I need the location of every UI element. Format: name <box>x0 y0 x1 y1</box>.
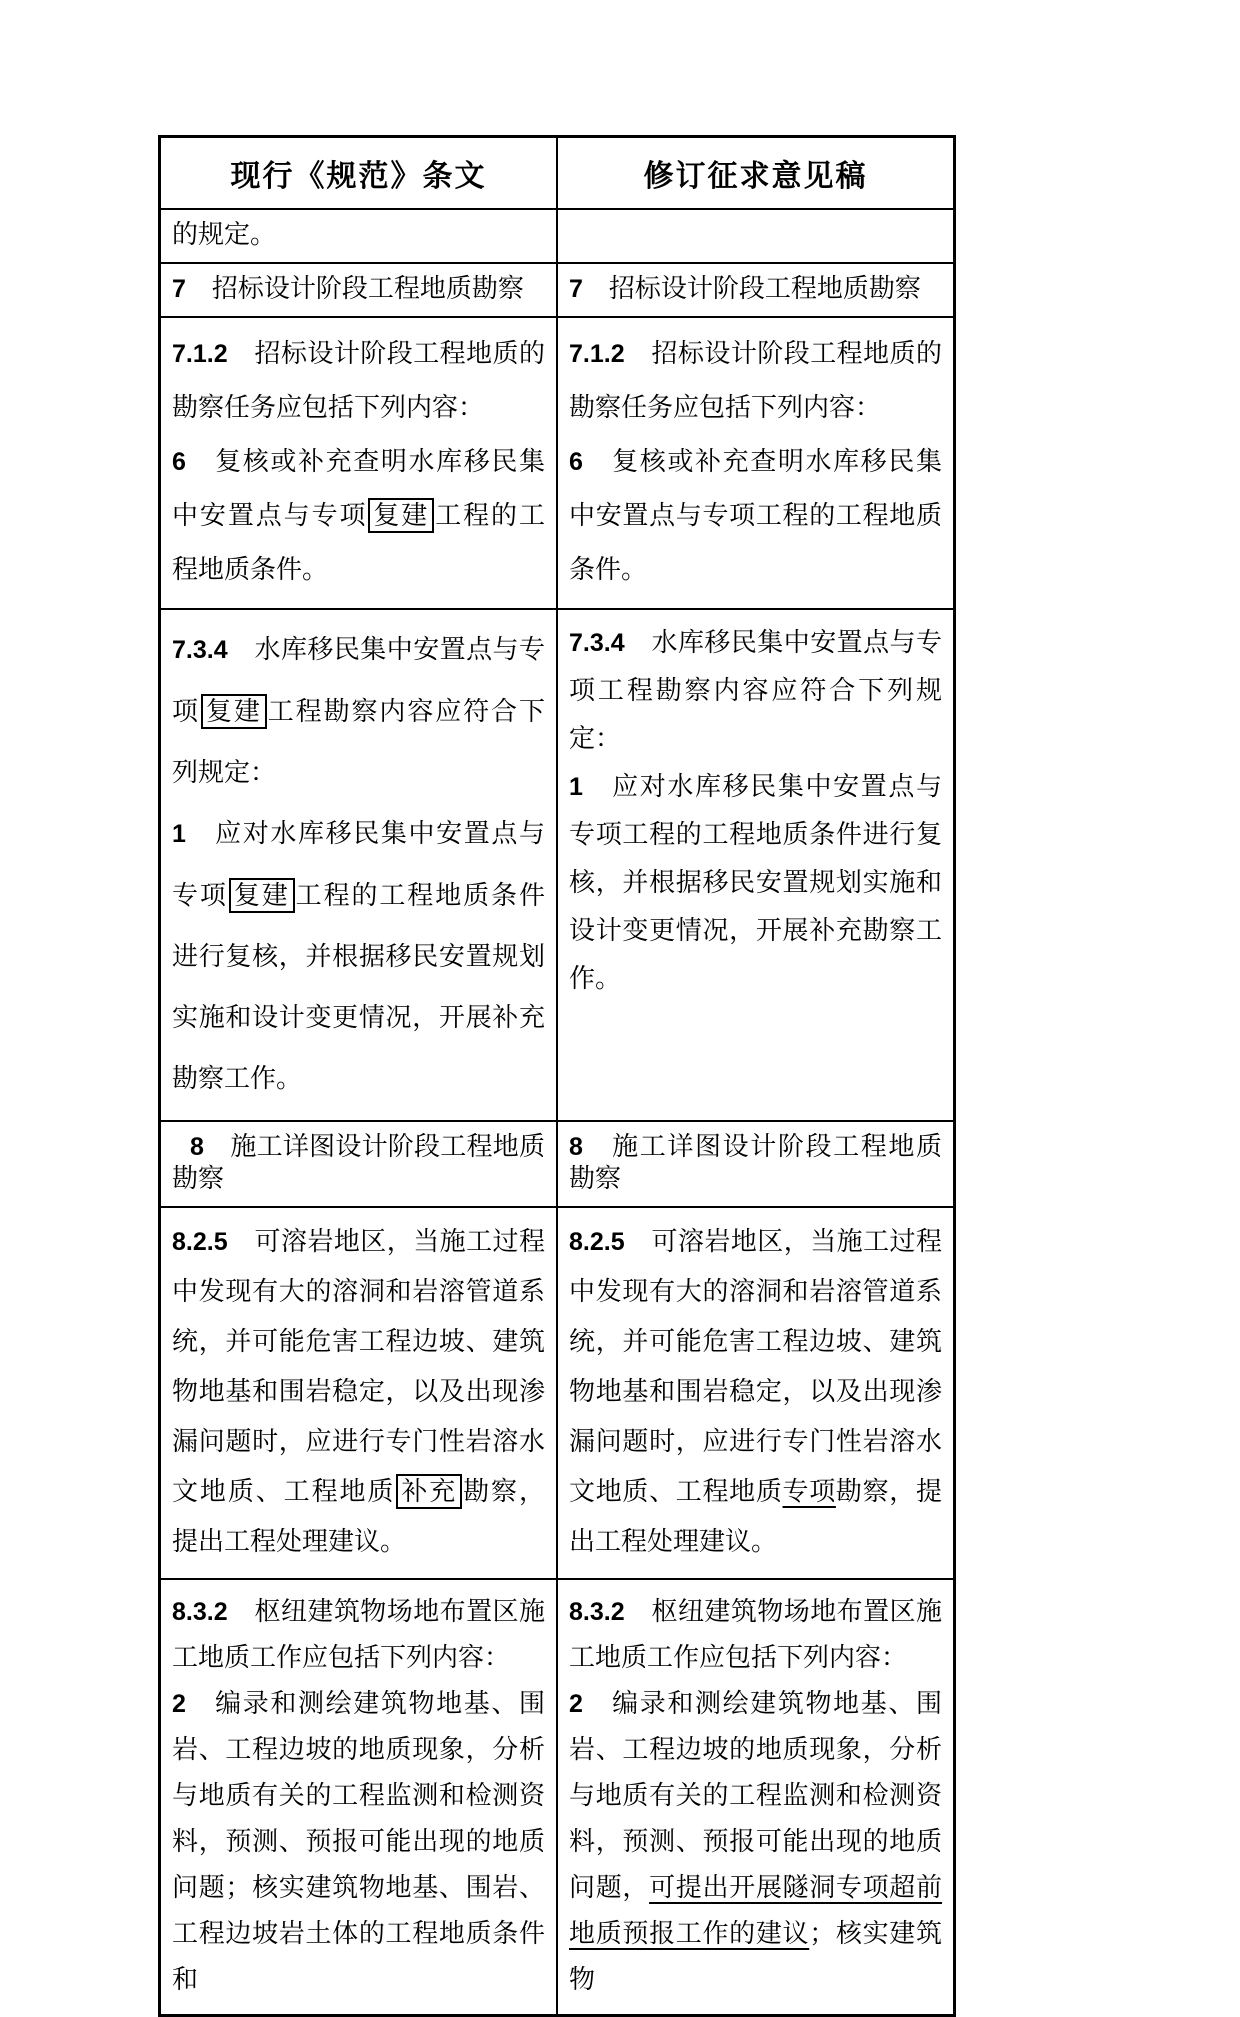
table-row: 7 招标设计阶段工程地质勘察7 招标设计阶段工程地质勘察 <box>160 263 955 317</box>
clause-number: 8 <box>190 1133 204 1161</box>
text-segment: 施工详图设计阶段工程地质勘察 <box>569 1132 942 1193</box>
clause-number: 8.2.5 <box>172 1228 228 1256</box>
header-row: 现行《规范》条文 修订征求意见稿 <box>160 137 955 210</box>
cell-revised: 7.3.4 水库移民集中安置点与专项工程勘察内容应符合下列规定：1 应对水库移民… <box>557 609 955 1121</box>
comparison-table: 现行《规范》条文 修订征求意见稿 的规定。7 招标设计阶段工程地质勘察7 招标设… <box>158 135 956 2017</box>
underlined-added-text: 专项 <box>783 1477 836 1506</box>
text-segment: 编录和测绘建筑物地基、围岩、工程边坡的地质现象，分析与地质有关的工程监测和检测资… <box>569 1689 942 1902</box>
clause-number: 8.3.2 <box>172 1598 228 1626</box>
clause-number: 1 <box>172 820 186 848</box>
cell-current: 7.3.4 水库移民集中安置点与专项复建工程勘察内容应符合下列规定：1 应对水库… <box>160 609 558 1121</box>
paragraph: 7.1.2 招标设计阶段工程地质的勘察任务应包括下列内容： <box>569 327 942 435</box>
table-row: 8.2.5 可溶岩地区，当施工过程中发现有大的溶洞和岩溶管道系统，并可能危害工程… <box>160 1207 955 1579</box>
clause-number: 6 <box>569 448 583 476</box>
cell-current: 8.3.2 枢纽建筑物场地布置区施工地质工作应包括下列内容：2 编录和测绘建筑物… <box>160 1579 558 2016</box>
text-segment: 枢纽建筑物场地布置区施工地质工作应包括下列内容： <box>172 1597 545 1672</box>
paragraph: 1 应对水库移民集中安置点与专项工程的工程地质条件进行复核，并根据移民安置规划实… <box>569 763 942 1003</box>
clause-number: 2 <box>569 1690 583 1718</box>
text-segment: 可溶岩地区，当施工过程中发现有大的溶洞和岩溶管道系统，并可能危害工程边坡、建筑物… <box>569 1227 942 1506</box>
table-body: 的规定。7 招标设计阶段工程地质勘察7 招标设计阶段工程地质勘察7.1.2 招标… <box>160 209 955 2016</box>
paragraph: 7.3.4 水库移民集中安置点与专项工程勘察内容应符合下列规定： <box>569 619 942 763</box>
text-segment: 枢纽建筑物场地布置区施工地质工作应包括下列内容： <box>569 1597 942 1672</box>
clause-number: 8 <box>569 1133 583 1161</box>
clause-number: 7.3.4 <box>569 629 625 657</box>
text-segment: 招标设计阶段工程地质勘察 <box>186 274 524 303</box>
text-segment: 编录和测绘建筑物地基、围岩、工程边坡的地质现象，分析与地质有关的工程监测和检测资… <box>172 1689 545 1994</box>
boxed-deleted-text: 复建 <box>229 878 295 913</box>
clause-number: 1 <box>569 773 583 801</box>
text-segment: 施工详图设计阶段工程地质勘察 <box>172 1132 545 1193</box>
clause-number: 6 <box>172 448 186 476</box>
clause-number: 8.3.2 <box>569 1598 625 1626</box>
table-row: 8 施工详图设计阶段工程地质勘察8 施工详图设计阶段工程地质勘察 <box>160 1121 955 1207</box>
paragraph: 2 编录和测绘建筑物地基、围岩、工程边坡的地质现象，分析与地质有关的工程监测和检… <box>172 1681 545 2003</box>
paragraph: 8 施工详图设计阶段工程地质勘察 <box>172 1131 545 1195</box>
paragraph: 7.3.4 水库移民集中安置点与专项复建工程勘察内容应符合下列规定： <box>172 619 545 803</box>
clause-number: 7.3.4 <box>172 636 228 664</box>
clause-number: 7.1.2 <box>172 340 228 368</box>
paragraph: 8.3.2 枢纽建筑物场地布置区施工地质工作应包括下列内容： <box>569 1589 942 1681</box>
clause-number: 8.2.5 <box>569 1228 625 1256</box>
clause-number: 7 <box>569 275 583 303</box>
table-row: 8.3.2 枢纽建筑物场地布置区施工地质工作应包括下列内容：2 编录和测绘建筑物… <box>160 1579 955 2016</box>
paragraph: 7 招标设计阶段工程地质勘察 <box>569 273 942 305</box>
text-segment: 复核或补充查明水库移民集中安置点与专项工程的工程地质条件。 <box>569 447 942 584</box>
text-segment: 工程的工程地质条件进行复核，并根据移民安置规划实施和设计变更情况，开展补充勘察工… <box>172 881 545 1093</box>
text-segment: 招标设计阶段工程地质的勘察任务应包括下列内容： <box>569 339 942 422</box>
text-segment: 应对水库移民集中安置点与专项工程的工程地质条件进行复核，并根据移民安置规划实施和… <box>569 772 942 993</box>
paragraph: 8.2.5 可溶岩地区，当施工过程中发现有大的溶洞和岩溶管道系统，并可能危害工程… <box>172 1217 545 1567</box>
cell-current: 7 招标设计阶段工程地质勘察 <box>160 263 558 317</box>
paragraph: 1 应对水库移民集中安置点与专项复建工程的工程地质条件进行复核，并根据移民安置规… <box>172 803 545 1109</box>
text-segment: 的规定。 <box>172 220 276 249</box>
cell-revised: 8.3.2 枢纽建筑物场地布置区施工地质工作应包括下列内容：2 编录和测绘建筑物… <box>557 1579 955 2016</box>
paragraph: 的规定。 <box>172 219 545 251</box>
cell-current: 8.2.5 可溶岩地区，当施工过程中发现有大的溶洞和岩溶管道系统，并可能危害工程… <box>160 1207 558 1579</box>
paragraph: 7.1.2 招标设计阶段工程地质的勘察任务应包括下列内容： <box>172 327 545 435</box>
cell-revised: 8.2.5 可溶岩地区，当施工过程中发现有大的溶洞和岩溶管道系统，并可能危害工程… <box>557 1207 955 1579</box>
clause-number: 7 <box>172 275 186 303</box>
cell-current: 7.1.2 招标设计阶段工程地质的勘察任务应包括下列内容：6 复核或补充查明水库… <box>160 317 558 609</box>
text-segment: 水库移民集中安置点与专项工程勘察内容应符合下列规定： <box>569 628 942 753</box>
cell-current: 8 施工详图设计阶段工程地质勘察 <box>160 1121 558 1207</box>
clause-number: 2 <box>172 1690 186 1718</box>
text-segment: 可溶岩地区，当施工过程中发现有大的溶洞和岩溶管道系统，并可能危害工程边坡、建筑物… <box>172 1227 545 1506</box>
paragraph: 6 复核或补充查明水库移民集中安置点与专项工程的工程地质条件。 <box>569 435 942 597</box>
column-header-current: 现行《规范》条文 <box>160 137 558 210</box>
boxed-deleted-text: 复建 <box>368 498 434 533</box>
boxed-deleted-text: 复建 <box>201 694 267 729</box>
column-header-revised: 修订征求意见稿 <box>557 137 955 210</box>
paragraph: 2 编录和测绘建筑物地基、围岩、工程边坡的地质现象，分析与地质有关的工程监测和检… <box>569 1681 942 2003</box>
paragraph: 6 复核或补充查明水库移民集中安置点与专项复建工程的工程地质条件。 <box>172 435 545 597</box>
cell-revised <box>557 209 955 263</box>
paragraph: 8 施工详图设计阶段工程地质勘察 <box>569 1131 942 1195</box>
clause-number: 7.1.2 <box>569 340 625 368</box>
table-row: 7.3.4 水库移民集中安置点与专项复建工程勘察内容应符合下列规定：1 应对水库… <box>160 609 955 1121</box>
cell-revised: 7.1.2 招标设计阶段工程地质的勘察任务应包括下列内容：6 复核或补充查明水库… <box>557 317 955 609</box>
table-row: 7.1.2 招标设计阶段工程地质的勘察任务应包括下列内容：6 复核或补充查明水库… <box>160 317 955 609</box>
cell-revised: 8 施工详图设计阶段工程地质勘察 <box>557 1121 955 1207</box>
table-row: 的规定。 <box>160 209 955 263</box>
paragraph: 7 招标设计阶段工程地质勘察 <box>172 273 545 305</box>
paragraph: 8.2.5 可溶岩地区，当施工过程中发现有大的溶洞和岩溶管道系统，并可能危害工程… <box>569 1217 942 1567</box>
boxed-deleted-text: 补充 <box>396 1474 462 1509</box>
text-segment: 招标设计阶段工程地质勘察 <box>583 274 921 303</box>
paragraph: 8.3.2 枢纽建筑物场地布置区施工地质工作应包括下列内容： <box>172 1589 545 1681</box>
cell-current: 的规定。 <box>160 209 558 263</box>
cell-revised: 7 招标设计阶段工程地质勘察 <box>557 263 955 317</box>
text-segment: 招标设计阶段工程地质的勘察任务应包括下列内容： <box>172 339 545 422</box>
